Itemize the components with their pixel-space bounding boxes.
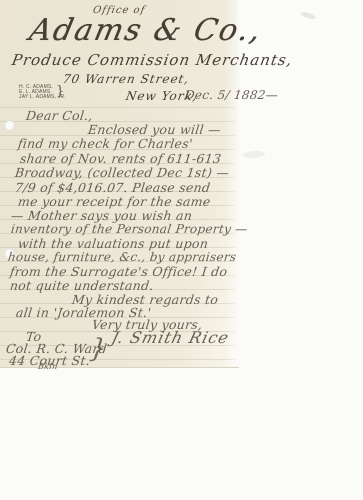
punch-hole xyxy=(4,120,15,131)
body-line: me your receipt for the same xyxy=(17,194,211,209)
scan-smudge xyxy=(243,150,265,159)
body-line: with the valuations put upon xyxy=(17,236,209,251)
body-line: not quite understand. xyxy=(9,278,155,293)
dateline-date-handwritten: Dec. 5/ 1882— xyxy=(184,88,279,102)
body-line: Enclosed you will — xyxy=(87,122,222,137)
signature: J. Smith Rice xyxy=(110,328,232,347)
letterhead-company-name: Adams & Co., xyxy=(26,13,265,48)
body-line: share of Nov. rents of 611-613 xyxy=(19,151,222,166)
scanned-letter-page: Office of Adams & Co., Produce Commissio… xyxy=(0,0,363,500)
body-line: from the Surrogate's Office! I do xyxy=(9,264,228,279)
body-line: inventory of the Personal Property — xyxy=(10,222,248,236)
body-line: house, furniture, &c., by appraisers xyxy=(7,250,237,264)
salutation: Dear Col., xyxy=(25,108,94,123)
partners-brace: } xyxy=(56,84,64,99)
body-line: Broadway, (collected Dec 1st) — xyxy=(14,165,230,180)
scan-smudge xyxy=(300,11,317,21)
body-line: — Mother says you wish an xyxy=(10,208,193,223)
letterhead-street-address: 70 Warren Street, xyxy=(62,72,191,86)
letterhead-business-line: Produce Commission Merchants, xyxy=(10,51,294,69)
body-line: 7/9 of $4,016.07. Please send xyxy=(14,180,211,195)
body-line: find my check for Charles' xyxy=(17,136,194,151)
recipient-note: Bkln xyxy=(37,362,58,371)
